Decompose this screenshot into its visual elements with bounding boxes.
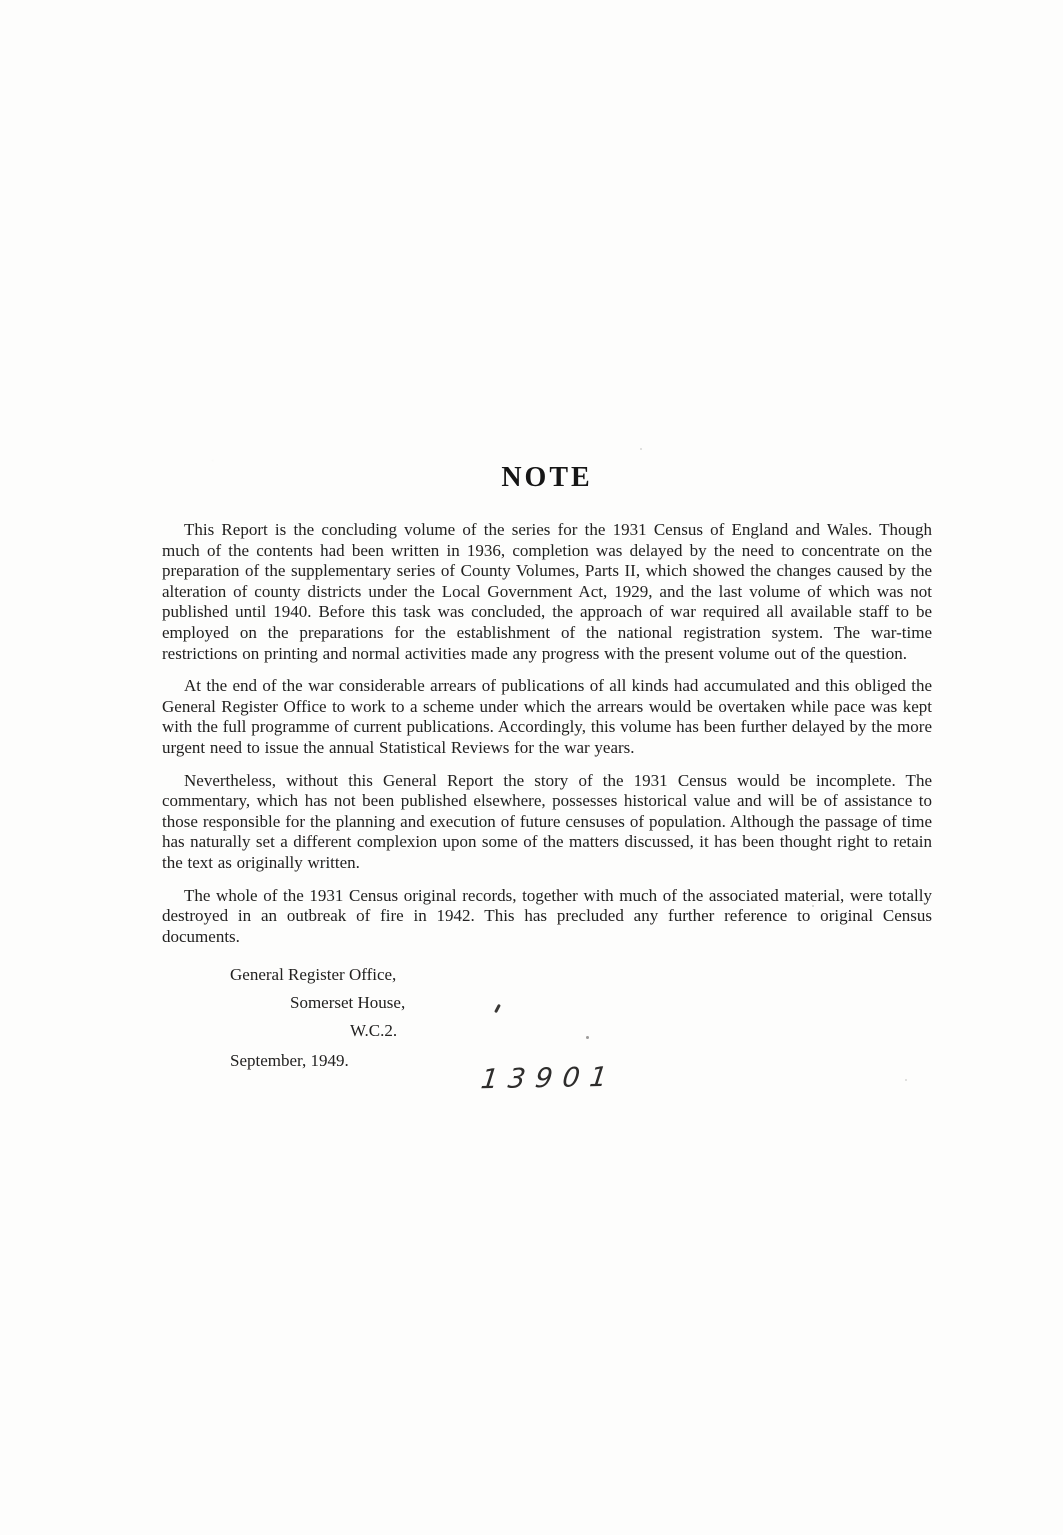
- scan-artifact: [640, 448, 642, 450]
- signature-address-house: Somerset House,: [162, 993, 932, 1013]
- signature-block: General Register Office, Somerset House,…: [162, 965, 932, 1071]
- paragraph: The whole of the 1931 Census original re…: [162, 886, 932, 948]
- scan-artifact: [905, 1079, 907, 1081]
- paragraph: At the end of the war considerable arrea…: [162, 676, 932, 758]
- page-title: NOTE: [162, 462, 932, 494]
- scan-artifact: [812, 905, 814, 907]
- scanned-document-page: NOTE This Report is the concluding volum…: [0, 0, 1063, 1535]
- handwritten-number: 13901: [479, 1062, 619, 1095]
- paragraph: This Report is the concluding volume of …: [162, 520, 932, 664]
- signature-office: General Register Office,: [162, 965, 932, 985]
- signature-address-district: W.C.2.: [162, 1021, 932, 1041]
- scan-artifact: [586, 1036, 589, 1039]
- paragraph: Nevertheless, without this General Repor…: [162, 771, 932, 874]
- note-section: NOTE This Report is the concluding volum…: [162, 462, 932, 1071]
